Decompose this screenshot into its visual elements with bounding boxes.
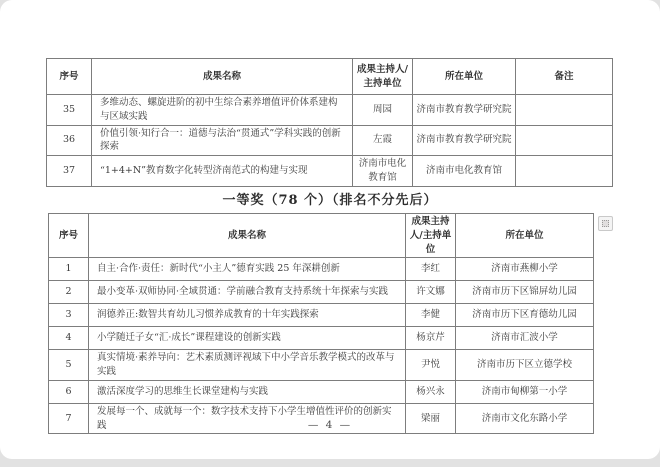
cell-name: “1+4+N”教育数字化转型济南范式的构建与实现 [92,156,353,187]
cell-no: 6 [49,380,89,403]
cell-name: 价值引领·知行合一：道德与法治“贯通式”学科实践的创新探索 [92,125,353,156]
cell-name: 最小变革·双师协同·全域贯通：学前融合教育支持系统十年探索与实践 [89,281,406,304]
column-header-name: 成果名称 [92,59,353,95]
cell-no: 2 [49,281,89,304]
cell-unit: 济南市历下区立德学校 [456,350,594,381]
cell-unit: 济南市教育教学研究院 [413,125,516,156]
table-row: 4 小学随迁子女“汇·成长”课程建设的创新实践 杨京芹 济南市汇波小学 [49,327,594,350]
column-header-no: 序号 [49,214,89,258]
cell-no: 5 [49,350,89,381]
table-row: 3 润德养正:数智共育幼儿习惯养成教育的十年实践探索 李健 济南市历下区育德幼儿… [49,304,594,327]
cell-leader: 李健 [406,304,456,327]
cell-leader: 杨兴永 [406,380,456,403]
cell-name: 真实情境·素养导向：艺术素质测评视域下中小学音乐教学模式的改革与实践 [89,350,406,381]
cell-no: 1 [49,258,89,281]
continuation-table: 序号 成果名称 成果主持人/主持单位 所在单位 备注 35 多维动态、螺旋进阶的… [46,58,613,187]
table-header-row: 序号 成果名称 成果主持人/主持单位 所在单位 备注 [47,59,613,95]
column-header-no: 序号 [47,59,92,95]
cell-name: 多维动态、螺旋进阶的初中生综合素养增值评价体系建构与区域实践 [92,95,353,126]
cell-leader: 杨京芹 [406,327,456,350]
image-placeholder-inner-icon [602,220,609,227]
cell-note [516,156,613,187]
cell-no: 4 [49,327,89,350]
cell-unit: 济南市甸柳第一小学 [456,380,594,403]
cell-unit: 济南市燕柳小学 [456,258,594,281]
cell-name: 激活深度学习的思维生长课堂建构与实践 [89,380,406,403]
cell-unit: 济南市历下区育德幼儿园 [456,304,594,327]
cell-leader: 周园 [353,95,413,126]
table-row: 6 激活深度学习的思维生长课堂建构与实践 杨兴永 济南市甸柳第一小学 [49,380,594,403]
cell-unit: 济南市汇波小学 [456,327,594,350]
page-number: — 4 — [0,419,660,431]
cell-no: 37 [47,156,92,187]
table-row: 35 多维动态、螺旋进阶的初中生综合素养增值评价体系建构与区域实践 周园 济南市… [47,95,613,126]
cell-note [516,95,613,126]
cell-leader: 李红 [406,258,456,281]
table-row: 2 最小变革·双师协同·全域贯通：学前融合教育支持系统十年探索与实践 许文娜 济… [49,281,594,304]
cell-name: 小学随迁子女“汇·成长”课程建设的创新实践 [89,327,406,350]
table-row: 36 价值引领·知行合一：道德与法治“贯通式”学科实践的创新探索 左霞 济南市教… [47,125,613,156]
image-placeholder-icon[interactable] [598,216,613,231]
table-header-row: 序号 成果名称 成果主持人/主持单位 所在单位 [49,214,594,258]
column-header-unit: 所在单位 [413,59,516,95]
table-row: 37 “1+4+N”教育数字化转型济南范式的构建与实现 济南市电化教育馆 济南市… [47,156,613,187]
table-row: 1 自主·合作·责任：新时代“小主人”德育实践 25 年深耕创新 李红 济南市燕… [49,258,594,281]
cell-leader: 许文娜 [406,281,456,304]
cell-unit: 济南市历下区锦屏幼儿园 [456,281,594,304]
column-header-leader: 成果主持人/主持单位 [406,214,456,258]
cell-unit: 济南市教育教学研究院 [413,95,516,126]
first-prize-table: 序号 成果名称 成果主持人/主持单位 所在单位 1 自主·合作·责任：新时代“小… [48,213,594,434]
cell-name: 润德养正:数智共育幼儿习惯养成教育的十年实践探索 [89,304,406,327]
column-header-leader: 成果主持人/主持单位 [353,59,413,95]
cell-leader: 济南市电化教育馆 [353,156,413,187]
column-header-unit: 所在单位 [456,214,594,258]
table-row: 5 真实情境·素养导向：艺术素质测评视域下中小学音乐教学模式的改革与实践 尹悦 … [49,350,594,381]
column-header-name: 成果名称 [89,214,406,258]
cell-unit: 济南市电化教育馆 [413,156,516,187]
cell-name: 自主·合作·责任：新时代“小主人”德育实践 25 年深耕创新 [89,258,406,281]
column-header-note: 备注 [516,59,613,95]
cell-no: 35 [47,95,92,126]
cell-leader: 左霞 [353,125,413,156]
cell-leader: 尹悦 [406,350,456,381]
document-page: 序号 成果名称 成果主持人/主持单位 所在单位 备注 35 多维动态、螺旋进阶的… [0,0,660,459]
cell-no: 3 [49,304,89,327]
cell-note [516,125,613,156]
cell-no: 36 [47,125,92,156]
section-heading: 一等奖（78 个）（排名不分先后） [0,189,660,208]
